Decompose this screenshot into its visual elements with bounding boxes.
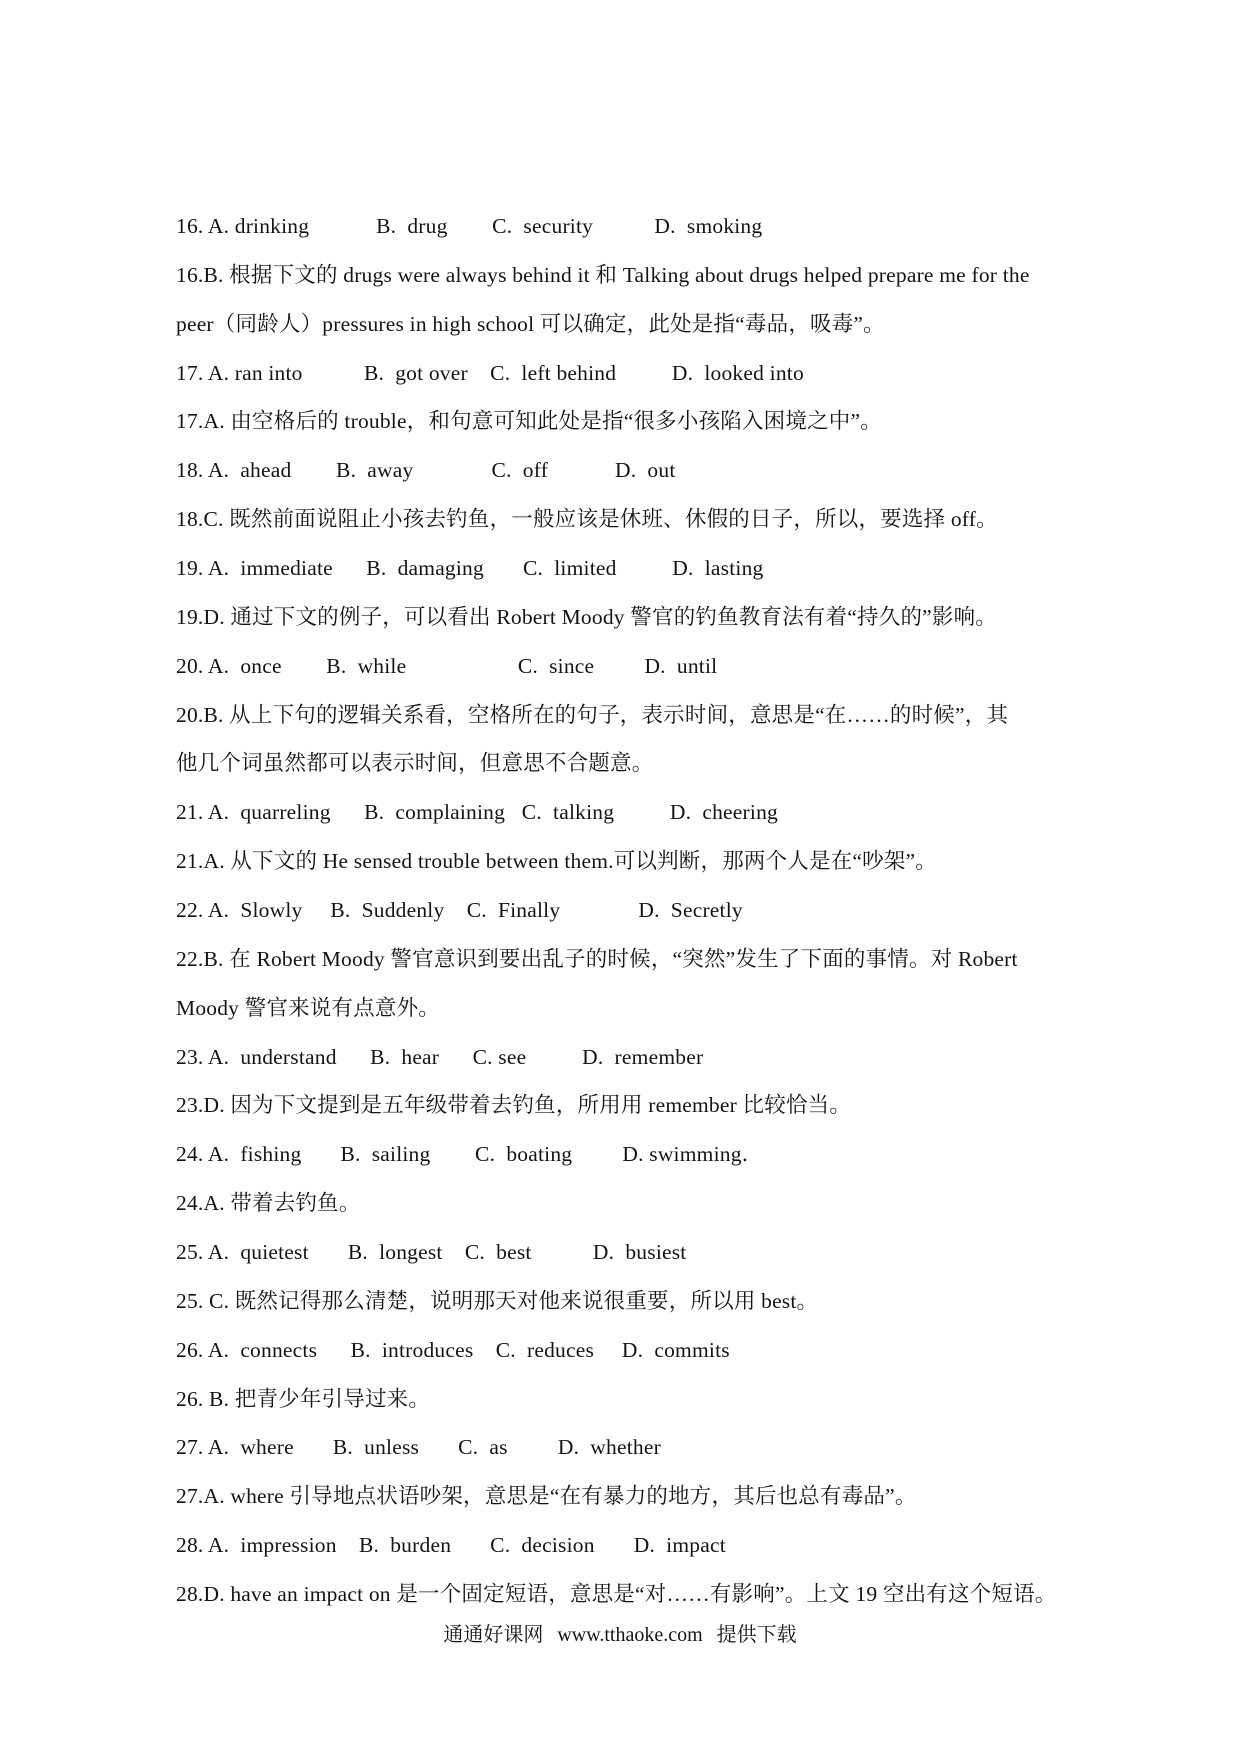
q23-explanation: 23.D. 因为下文提到是五年级带着去钓鱼，所用用 remember 比较恰当。 — [176, 1081, 1096, 1130]
answer-key-content: 16. A. drinking B. drug C. security D. s… — [176, 202, 1096, 1619]
q16-explanation-1: 16.B. 根据下文的 drugs were always behind it … — [176, 251, 1096, 300]
q27-explanation: 27.A. where 引导地点状语吵架，意思是“在有暴力的地方，其后也总有毒品… — [176, 1472, 1096, 1521]
q24-explanation: 24.A. 带着去钓鱼。 — [176, 1179, 1096, 1228]
q24-options: 24. A. fishing B. sailing C. boating D. … — [176, 1130, 1096, 1179]
q17-options: 17. A. ran into B. got over C. left behi… — [176, 349, 1096, 398]
q19-explanation: 19.D. 通过下文的例子，可以看出 Robert Moody 警官的钓鱼教育法… — [176, 593, 1096, 642]
q18-explanation: 18.C. 既然前面说阻止小孩去钓鱼，一般应该是休班、休假的日子，所以，要选择 … — [176, 495, 1096, 544]
document-page: 16. A. drinking B. drug C. security D. s… — [0, 0, 1240, 1754]
q16-options: 16. A. drinking B. drug C. security D. s… — [176, 202, 1096, 251]
q25-explanation: 25. C. 既然记得那么清楚，说明那天对他来说很重要，所以用 best。 — [176, 1277, 1096, 1326]
q22-explanation-2: Moody 警官来说有点意外。 — [176, 984, 1096, 1033]
q18-options: 18. A. ahead B. away C. off D. out — [176, 446, 1096, 495]
page-footer: 通通好课网www.tthaoke.com提供下载 — [0, 1620, 1240, 1650]
q16-explanation-2: peer（同龄人）pressures in high school 可以确定，此… — [176, 300, 1096, 349]
q23-options: 23. A. understand B. hear C. see D. reme… — [176, 1033, 1096, 1082]
footer-url: www.tthaoke.com — [557, 1624, 702, 1646]
q21-options: 21. A. quarreling B. complaining C. talk… — [176, 788, 1096, 837]
q20-explanation-2: 他几个词虽然都可以表示时间，但意思不合题意。 — [176, 739, 1096, 788]
q20-explanation-1: 20.B. 从上下句的逻辑关系看，空格所在的句子，表示时间，意思是“在……的时候… — [176, 691, 1096, 740]
q19-options: 19. A. immediate B. damaging C. limited … — [176, 544, 1096, 593]
q17-explanation: 17.A. 由空格后的 trouble，和句意可知此处是指“很多小孩陷入困境之中… — [176, 397, 1096, 446]
q22-options: 22. A. Slowly B. Suddenly C. Finally D. … — [176, 886, 1096, 935]
q25-options: 25. A. quietest B. longest C. best D. bu… — [176, 1228, 1096, 1277]
q20-options: 20. A. once B. while C. since D. until — [176, 642, 1096, 691]
q27-options: 27. A. where B. unless C. as D. whether — [176, 1423, 1096, 1472]
q21-explanation: 21.A. 从下文的 He sensed trouble between the… — [176, 837, 1096, 886]
footer-site-name: 通通好课网 — [443, 1624, 543, 1646]
footer-download-label: 提供下载 — [717, 1624, 797, 1646]
q26-options: 26. A. connects B. introduces C. reduces… — [176, 1326, 1096, 1375]
q28-options: 28. A. impression B. burden C. decision … — [176, 1521, 1096, 1570]
q26-explanation: 26. B. 把青少年引导过来。 — [176, 1375, 1096, 1424]
q28-explanation: 28.D. have an impact on 是一个固定短语，意思是“对……有… — [176, 1570, 1096, 1619]
q22-explanation-1: 22.B. 在 Robert Moody 警官意识到要出乱子的时候，“突然”发生… — [176, 935, 1096, 984]
